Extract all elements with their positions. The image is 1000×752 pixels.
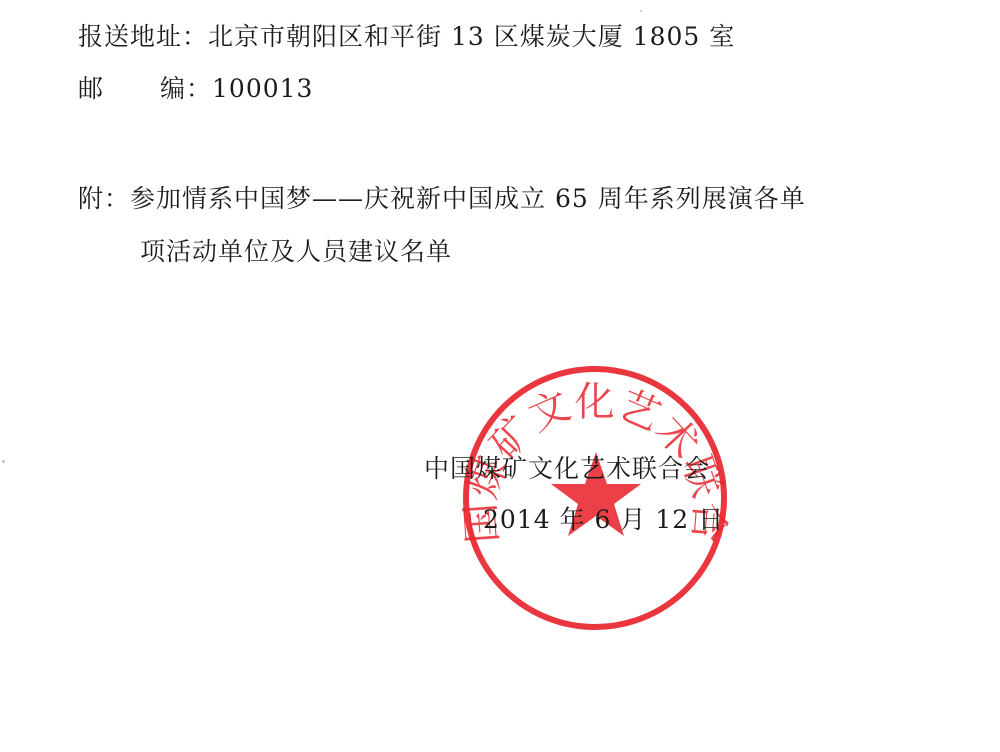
scan-speck — [640, 10, 642, 12]
signature-organization: 中国煤矿文化艺术联合会 — [424, 454, 710, 484]
signature-date: 2014 年 6 月 12 日 — [483, 505, 724, 535]
document-page: 报送地址：北京市朝阳区和平街 13 区煤炭大厦 1805 室 邮编：100013… — [0, 0, 1000, 752]
postal-code-value: 100013 — [212, 74, 313, 103]
address-label: 报送地址： — [78, 22, 208, 51]
scan-speck — [2, 460, 5, 463]
attachment-label: 附： — [78, 184, 130, 213]
postal-code-line: 邮编：100013 — [78, 74, 313, 104]
postal-code-label-part1: 邮 — [78, 74, 160, 104]
postal-code-label-part2: 编： — [160, 74, 212, 104]
attachment-text-2: 项活动单位及人员建议名单 — [140, 237, 452, 266]
attachment-line-1: 附：参加情系中国梦——庆祝新中国成立 65 周年系列展演各单 — [78, 184, 806, 214]
seal-graphic: 中国煤矿文化艺术联合会 — [460, 364, 730, 634]
address-value: 北京市朝阳区和平街 13 区煤炭大厦 1805 室 — [208, 22, 735, 51]
address-line: 报送地址：北京市朝阳区和平街 13 区煤炭大厦 1805 室 — [78, 22, 735, 52]
official-seal: 中国煤矿文化艺术联合会 — [460, 364, 730, 634]
attachment-line-2: 项活动单位及人员建议名单 — [140, 237, 452, 267]
attachment-text-1: 参加情系中国梦——庆祝新中国成立 65 周年系列展演各单 — [130, 184, 806, 213]
